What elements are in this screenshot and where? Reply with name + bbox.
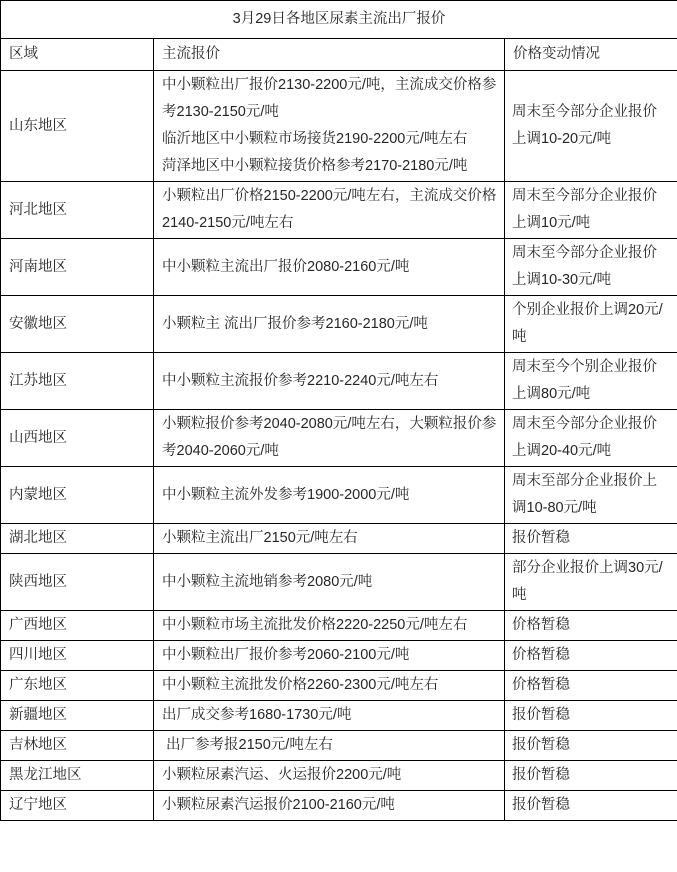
table-row: 山东地区 中小颗粒出厂报价2130-2200元/吨，主流成交价格参考2130-2… <box>1 71 677 182</box>
region-cell: 四川地区 <box>1 641 154 671</box>
quote-line: 出厂成交参考1680-1730元/吨 <box>162 702 498 729</box>
quote-cell: 小颗粒尿素汽运、火运报价2200元/吨 <box>154 761 505 791</box>
quote-cell: 中小颗粒主流报价参考2210-2240元/吨左右 <box>154 353 505 410</box>
change-cell: 个别企业报价上调20元/吨 <box>505 296 677 353</box>
quote-cell: 出厂成交参考1680-1730元/吨 <box>154 701 505 731</box>
table-row: 湖北地区 小颗粒主流出厂2150元/吨左右 报价暂稳 <box>1 524 677 554</box>
table-row: 新疆地区 出厂成交参考1680-1730元/吨 报价暂稳 <box>1 701 677 731</box>
quote-cell: 中小颗粒出厂报价2130-2200元/吨，主流成交价格参考2130-2150元/… <box>154 71 505 182</box>
quote-cell: 中小颗粒市场主流批发价格2220-2250元/吨左右 <box>154 611 505 641</box>
change-cell: 报价暂稳 <box>505 761 677 791</box>
column-header-quote: 主流报价 <box>154 39 505 71</box>
change-cell: 周末至今部分企业报价上调20-40元/吨 <box>505 410 677 467</box>
table-row: 内蒙地区 中小颗粒主流外发参考1900-2000元/吨 周末至部分企业报价上调1… <box>1 467 677 524</box>
change-cell: 部分企业报价上调30元/吨 <box>505 554 677 611</box>
region-cell: 吉林地区 <box>1 731 154 761</box>
region-cell: 河南地区 <box>1 239 154 296</box>
quote-cell: 中小颗粒主流批发价格2260-2300元/吨左右 <box>154 671 505 701</box>
table-row: 陕西地区 中小颗粒主流地销参考2080元/吨 部分企业报价上调30元/吨 <box>1 554 677 611</box>
quote-cell: 中小颗粒主流外发参考1900-2000元/吨 <box>154 467 505 524</box>
region-cell: 新疆地区 <box>1 701 154 731</box>
region-cell: 河北地区 <box>1 182 154 239</box>
quote-line: 中小颗粒主流批发价格2260-2300元/吨左右 <box>162 672 498 699</box>
table-row: 黑龙江地区 小颗粒尿素汽运、火运报价2200元/吨 报价暂稳 <box>1 761 677 791</box>
quote-line: 小颗粒出厂价格2150-2200元/吨左右，主流成交价格2140-2150元/吨… <box>162 183 498 237</box>
column-header-region: 区域 <box>1 39 154 71</box>
title-row: 3月29日各地区尿素主流出厂报价 <box>1 1 677 39</box>
change-cell: 周末至今部分企业报价上调10元/吨 <box>505 182 677 239</box>
change-cell: 价格暂稳 <box>505 611 677 641</box>
quote-line: 中小颗粒主流出厂报价2080-2160元/吨 <box>162 254 498 281</box>
change-cell: 周末至今部分企业报价上调10-30元/吨 <box>505 239 677 296</box>
table-row: 江苏地区 中小颗粒主流报价参考2210-2240元/吨左右 周末至今个别企业报价… <box>1 353 677 410</box>
quote-line: 小颗粒尿素汽运、火运报价2200元/吨 <box>162 762 498 789</box>
quote-line: 中小颗粒市场主流批发价格2220-2250元/吨左右 <box>162 612 498 639</box>
table-row: 河北地区 小颗粒出厂价格2150-2200元/吨左右，主流成交价格2140-21… <box>1 182 677 239</box>
region-cell: 山西地区 <box>1 410 154 467</box>
region-cell: 江苏地区 <box>1 353 154 410</box>
table-row: 山西地区 小颗粒报价参考2040-2080元/吨左右，大颗粒报价参考2040-2… <box>1 410 677 467</box>
quote-cell: 小颗粒主流出厂2150元/吨左右 <box>154 524 505 554</box>
quote-cell: 中小颗粒主流地销参考2080元/吨 <box>154 554 505 611</box>
change-cell: 报价暂稳 <box>505 791 677 821</box>
quote-line: 菏泽地区中小颗粒接货价格参考2170-2180元/吨 <box>162 153 498 180</box>
price-table-body: 山东地区 中小颗粒出厂报价2130-2200元/吨，主流成交价格参考2130-2… <box>1 71 677 821</box>
quote-line: 小颗粒尿素汽运报价2100-2160元/吨 <box>162 792 498 819</box>
region-cell: 广东地区 <box>1 671 154 701</box>
quote-cell: 中小颗粒出厂报价参考2060-2100元/吨 <box>154 641 505 671</box>
table-row: 四川地区 中小颗粒出厂报价参考2060-2100元/吨 价格暂稳 <box>1 641 677 671</box>
quote-line: 中小颗粒出厂报价2130-2200元/吨，主流成交价格参考2130-2150元/… <box>162 72 498 126</box>
region-cell: 黑龙江地区 <box>1 761 154 791</box>
page: 3月29日各地区尿素主流出厂报价 区域 主流报价 价格变动情况 山东地区 中小颗… <box>0 0 677 821</box>
table-row: 广东地区 中小颗粒主流批发价格2260-2300元/吨左右 价格暂稳 <box>1 671 677 701</box>
table-row: 吉林地区 出厂参考报2150元/吨左右 报价暂稳 <box>1 731 677 761</box>
region-cell: 陕西地区 <box>1 554 154 611</box>
quote-line: 中小颗粒出厂报价参考2060-2100元/吨 <box>162 642 498 669</box>
region-cell: 安徽地区 <box>1 296 154 353</box>
quote-line: 临沂地区中小颗粒市场接货2190-2200元/吨左右 <box>162 126 498 153</box>
quote-line: 出厂参考报2150元/吨左右 <box>162 732 498 759</box>
quote-line: 中小颗粒主流外发参考1900-2000元/吨 <box>162 482 498 509</box>
table-title: 3月29日各地区尿素主流出厂报价 <box>1 1 677 39</box>
region-cell: 广西地区 <box>1 611 154 641</box>
column-header-change: 价格变动情况 <box>505 39 677 71</box>
table-row: 河南地区 中小颗粒主流出厂报价2080-2160元/吨 周末至今部分企业报价上调… <box>1 239 677 296</box>
change-cell: 价格暂稳 <box>505 641 677 671</box>
urea-price-table: 3月29日各地区尿素主流出厂报价 区域 主流报价 价格变动情况 山东地区 中小颗… <box>0 0 677 821</box>
change-cell: 报价暂稳 <box>505 731 677 761</box>
table-row: 辽宁地区 小颗粒尿素汽运报价2100-2160元/吨 报价暂稳 <box>1 791 677 821</box>
quote-line: 小颗粒报价参考2040-2080元/吨左右，大颗粒报价参考2040-2060元/… <box>162 411 498 465</box>
quote-line: 小颗粒主流出厂2150元/吨左右 <box>162 525 498 552</box>
change-cell: 周末至部分企业报价上调10-80元/吨 <box>505 467 677 524</box>
quote-line: 中小颗粒主流报价参考2210-2240元/吨左右 <box>162 368 498 395</box>
change-cell: 周末至今部分企业报价上调10-20元/吨 <box>505 71 677 182</box>
change-cell: 价格暂稳 <box>505 671 677 701</box>
region-cell: 山东地区 <box>1 71 154 182</box>
header-row: 区域 主流报价 价格变动情况 <box>1 39 677 71</box>
region-cell: 湖北地区 <box>1 524 154 554</box>
quote-cell: 出厂参考报2150元/吨左右 <box>154 731 505 761</box>
region-cell: 内蒙地区 <box>1 467 154 524</box>
change-cell: 报价暂稳 <box>505 701 677 731</box>
quote-line: 中小颗粒主流地销参考2080元/吨 <box>162 569 498 596</box>
quote-cell: 中小颗粒主流出厂报价2080-2160元/吨 <box>154 239 505 296</box>
quote-cell: 小颗粒主 流出厂报价参考2160-2180元/吨 <box>154 296 505 353</box>
table-row: 广西地区 中小颗粒市场主流批发价格2220-2250元/吨左右 价格暂稳 <box>1 611 677 641</box>
change-cell: 周末至今个别企业报价上调80元/吨 <box>505 353 677 410</box>
change-cell: 报价暂稳 <box>505 524 677 554</box>
region-cell: 辽宁地区 <box>1 791 154 821</box>
quote-cell: 小颗粒尿素汽运报价2100-2160元/吨 <box>154 791 505 821</box>
quote-cell: 小颗粒出厂价格2150-2200元/吨左右，主流成交价格2140-2150元/吨… <box>154 182 505 239</box>
quote-line: 小颗粒主 流出厂报价参考2160-2180元/吨 <box>162 311 498 338</box>
table-row: 安徽地区 小颗粒主 流出厂报价参考2160-2180元/吨 个别企业报价上调20… <box>1 296 677 353</box>
quote-cell: 小颗粒报价参考2040-2080元/吨左右，大颗粒报价参考2040-2060元/… <box>154 410 505 467</box>
